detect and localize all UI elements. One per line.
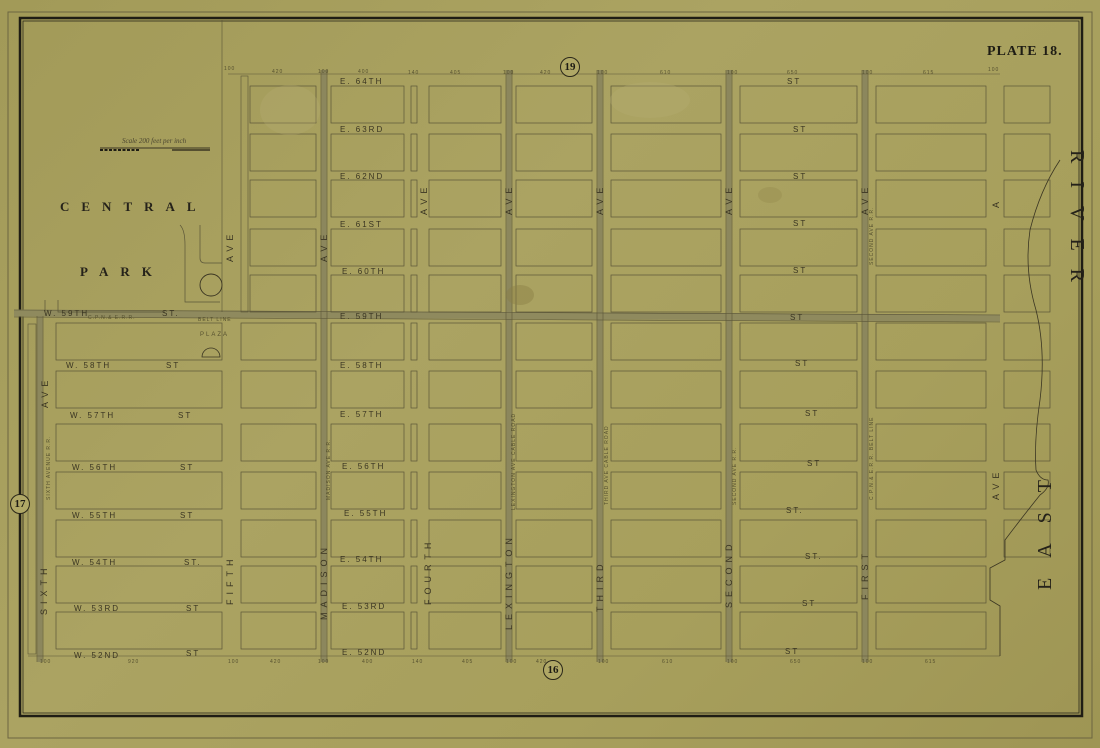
- dim-top-0: 100: [224, 67, 235, 72]
- dim-bot-3: 420: [270, 660, 281, 665]
- madison-ave-label: MADISON: [320, 543, 329, 620]
- st-57: ST: [805, 410, 819, 418]
- dim-top-9: 610: [660, 71, 671, 76]
- dim-bot-10: 100: [598, 660, 609, 665]
- street-w52: W. 52ND: [74, 652, 120, 660]
- plate-title: PLATE 18.: [987, 45, 1063, 59]
- sixth-ave-label: SIXTH: [40, 563, 49, 615]
- map-linework: [0, 0, 1100, 748]
- street-w56: W. 56TH: [72, 464, 117, 472]
- adjacent-plate-west[interactable]: 17: [10, 494, 30, 514]
- street-w55: W. 55TH: [72, 512, 117, 520]
- first-ave-label: FIRST: [861, 549, 870, 600]
- street-e52: E. 52ND: [342, 649, 386, 657]
- river-label: RIVER: [1067, 150, 1087, 300]
- st-61: ST: [793, 220, 807, 228]
- street-e56: E. 56TH: [342, 463, 385, 471]
- street-e58: E. 58TH: [340, 362, 383, 370]
- dim-bot-13: 650: [790, 660, 801, 665]
- madison-ave-suffix: AVE: [320, 230, 329, 262]
- fifth-ave-label: FIFTH: [226, 555, 235, 606]
- fourth-ave-suffix: AVE: [420, 183, 429, 215]
- dim-top-14: 100: [988, 68, 999, 73]
- dim-top-1: 420: [272, 70, 283, 75]
- dim-top-5: 405: [450, 71, 461, 76]
- fifth-ave-suffix: AVE: [226, 230, 235, 262]
- first-ave-rr: SECOND AVE R.R.: [870, 206, 875, 265]
- sixth-ave-rr: SIXTH AVENUE R.R.: [47, 436, 52, 500]
- street-e61: E. 61ST: [340, 221, 383, 229]
- st-63: ST: [793, 126, 807, 134]
- dim-top-3: 400: [358, 70, 369, 75]
- central-park-label-line2: PARK: [80, 265, 164, 278]
- dim-top-6: 100: [503, 71, 514, 76]
- plaza-label: PLAZA: [200, 332, 229, 338]
- street-e57: E. 57TH: [340, 411, 383, 419]
- street-w52-suffix: ST: [186, 650, 200, 658]
- st-60: ST: [793, 267, 807, 275]
- dim-top-4: 140: [408, 71, 419, 76]
- dim-top-7: 420: [540, 71, 551, 76]
- st-62: ST: [793, 173, 807, 181]
- avenue-a-label: A: [992, 197, 1001, 208]
- street-e55: E. 55TH: [344, 510, 387, 518]
- street-e53: E. 53RD: [342, 603, 386, 611]
- dim-bot-12: 100: [727, 660, 738, 665]
- street-e54: E. 54TH: [340, 556, 383, 564]
- dim-bot-7: 405: [462, 660, 473, 665]
- scale-label: Scale 200 feet per inch: [122, 138, 186, 145]
- street-w55-suffix: ST: [180, 512, 194, 520]
- street-w54: W. 54TH: [72, 559, 117, 567]
- madison-ave-rr: MADISON AVE R.R.: [327, 439, 332, 500]
- st-58: ST: [795, 360, 809, 368]
- dim-bot-0: 100: [40, 660, 51, 665]
- st-54: ST.: [805, 553, 823, 561]
- dim-top-2: 100: [318, 70, 329, 75]
- dim-bot-9: 420: [536, 660, 547, 665]
- dim-top-8: 100: [597, 71, 608, 76]
- dim-bot-4: 100: [318, 660, 329, 665]
- dim-top-10: 100: [727, 71, 738, 76]
- dim-bot-14: 100: [862, 660, 873, 665]
- dim-top-11: 650: [787, 71, 798, 76]
- second-ave-label: SECOND: [725, 539, 734, 608]
- third-ave-suffix: AVE: [596, 183, 605, 215]
- street-w53: W. 53RD: [74, 605, 120, 613]
- street-w59-suffix: ST.: [162, 310, 180, 318]
- st-53: ST: [802, 600, 816, 608]
- cpner-label: C.P.N.& E.R.R.: [88, 316, 136, 321]
- street-e60: E. 60TH: [342, 268, 385, 276]
- dim-bot-15: 615: [925, 660, 936, 665]
- second-ave-suffix: AVE: [725, 183, 734, 215]
- street-e64: E. 64TH: [340, 78, 383, 86]
- st-64: ST: [787, 78, 801, 86]
- dim-bot-1: 920: [128, 660, 139, 665]
- street-w53-suffix: ST: [186, 605, 200, 613]
- adjacent-plate-north[interactable]: 19: [560, 57, 580, 77]
- street-w57-suffix: ST: [178, 412, 192, 420]
- dim-top-12: 100: [862, 71, 873, 76]
- street-e59: E. 59TH: [340, 313, 383, 321]
- dim-top-13: 615: [923, 71, 934, 76]
- st-55: ST.: [786, 507, 804, 515]
- st-56: ST: [807, 460, 821, 468]
- dim-bot-5: 400: [362, 660, 373, 665]
- sixth-ave-suffix: AVE: [41, 376, 50, 408]
- lexington-ave-suffix: AVE: [505, 183, 514, 215]
- third-ave-label: THIRD: [596, 560, 605, 613]
- street-w58-suffix: ST: [166, 362, 180, 370]
- lexington-ave-label: LEXINGTON: [505, 533, 514, 630]
- st-52: ST: [785, 648, 799, 656]
- dim-bot-6: 140: [412, 660, 423, 665]
- avenue-a-suffix: AVE: [992, 468, 1001, 500]
- third-ave-rr: THIRD AVE CABLE ROAD: [605, 425, 610, 505]
- street-w58: W. 58TH: [66, 362, 111, 370]
- dim-bot-11: 610: [662, 660, 673, 665]
- street-w54-suffix: ST.: [184, 559, 202, 567]
- street-e62: E. 62ND: [340, 173, 384, 181]
- dim-bot-2: 100: [228, 660, 239, 665]
- st-59: ST: [790, 314, 804, 322]
- second-ave-rr: SECOND AVE R.R.: [733, 446, 738, 505]
- street-e63: E. 63RD: [340, 126, 384, 134]
- street-w56-suffix: ST: [180, 464, 194, 472]
- street-w59: W. 59TH: [44, 310, 89, 318]
- map-plate: PLATE 18. 19 16 17 Scale 200 feet per in…: [0, 0, 1100, 748]
- fourth-ave-label: FOURTH: [424, 538, 433, 605]
- street-w57: W. 57TH: [70, 412, 115, 420]
- dim-bot-8: 100: [506, 660, 517, 665]
- central-park-label-line1: CENTRAL: [60, 200, 208, 213]
- first-ave-belt: C.P.N.& E.R.R. BELT LINE: [870, 417, 875, 500]
- east-label: EAST: [1035, 460, 1055, 590]
- lexington-ave-rr: LEXINGTON AVE CABLE ROAD: [512, 413, 517, 510]
- belt-line-label: BELT LINE: [198, 318, 232, 323]
